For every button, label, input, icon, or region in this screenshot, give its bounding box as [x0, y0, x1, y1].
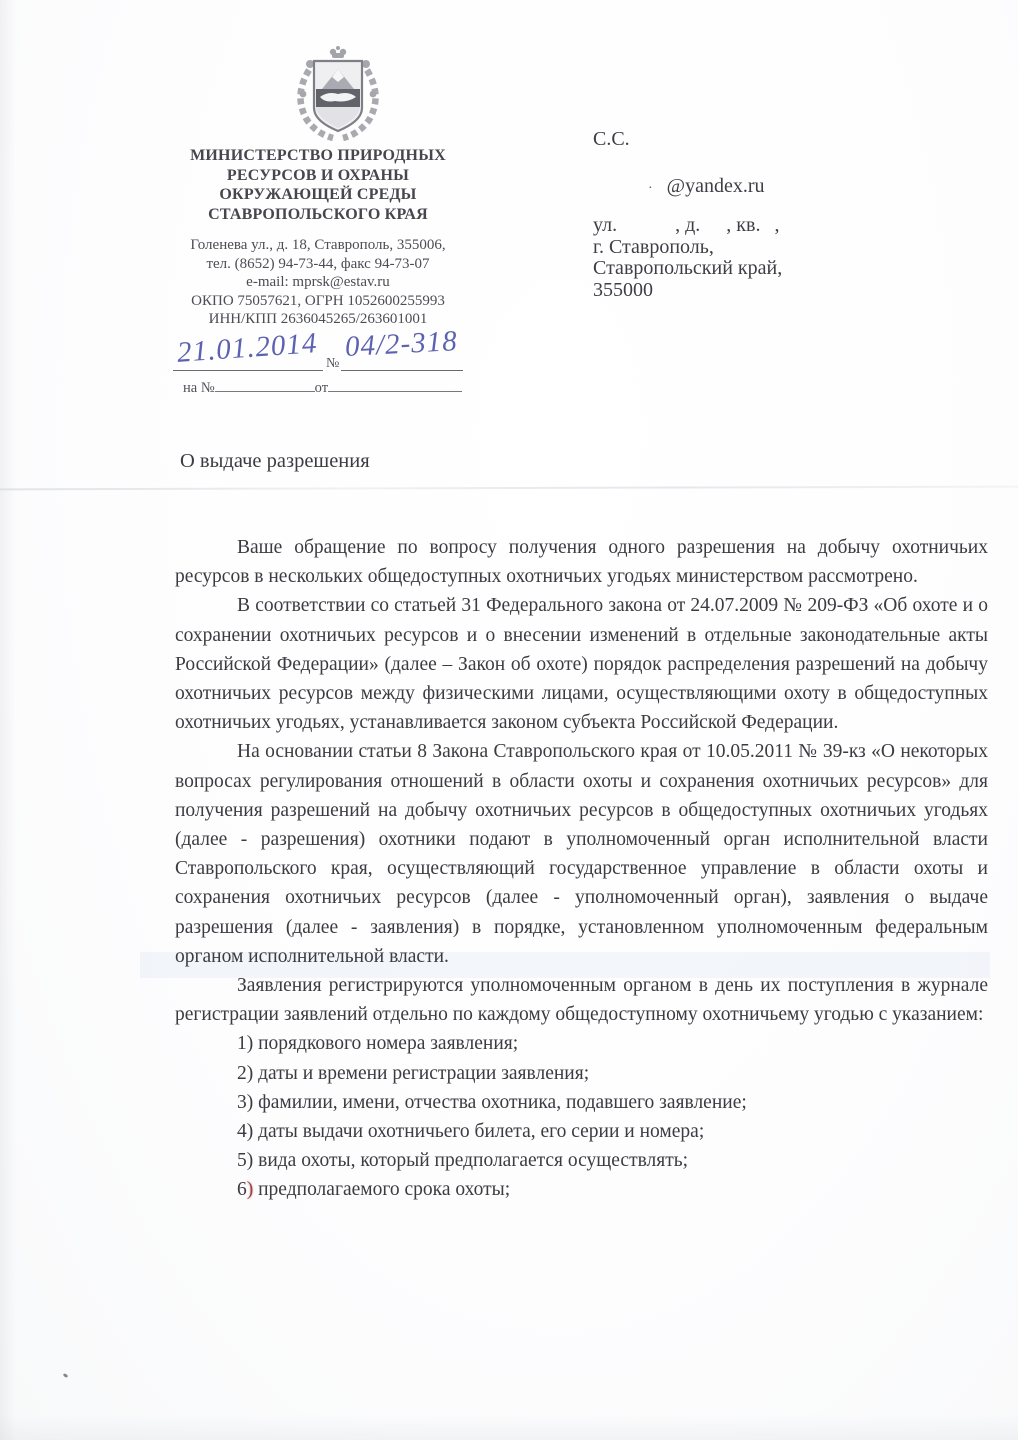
contact-address-line: Голенева ул., д. 18, Ставрополь, 355006, — [128, 236, 508, 255]
number-underline — [341, 370, 463, 371]
letter-subject: О выдаче разрешения — [180, 450, 370, 473]
scan-edge-shading — [0, 0, 16, 1440]
list-item: 2) даты и времени регистрации заявления; — [175, 1059, 988, 1088]
reply-number-label: на № — [183, 380, 215, 396]
scan-speck — [63, 1373, 69, 1378]
contact-phone-line: тел. (8652) 94-73-44, факс 94-73-07 — [128, 255, 508, 274]
apartment-label: , кв. — [726, 214, 760, 236]
recipient-email: @yandex.ru — [667, 175, 765, 197]
scanned-letter-page: МИНИСТЕРСТВО ПРИРОДНЫХ РЕСУРСОВ И ОХРАНЫ… — [0, 0, 1018, 1440]
recipient-region: Ставропольский край, — [593, 258, 782, 280]
stavropol-coat-of-arms-icon — [277, 44, 399, 144]
letter-body: Ваше обращение по вопросу получения одно… — [175, 533, 988, 1205]
reply-from-label: от — [315, 380, 328, 396]
ministry-contact-block: Голенева ул., д. 18, Ставрополь, 355006,… — [128, 236, 508, 329]
ministry-name-block: МИНИСТЕРСТВО ПРИРОДНЫХ РЕСУРСОВ И ОХРАНЫ… — [128, 146, 508, 224]
date-underline — [173, 370, 323, 371]
ministry-name-line: МИНИСТЕРСТВО ПРИРОДНЫХ — [128, 146, 508, 166]
body-paragraph: В соответствии со статьей 31 Федеральног… — [175, 591, 988, 737]
body-paragraph: Заявления регистрируются уполномоченным … — [175, 971, 988, 1029]
scan-fold-line — [0, 486, 1018, 491]
reply-date-blank — [328, 378, 462, 392]
recipient-city: г. Ставрополь, — [593, 237, 782, 259]
recipient-street-line: ул., д., кв., — [593, 215, 782, 237]
contact-okpo-ogrn-line: ОКПО 75057621, ОГРН 1052600255993 — [128, 292, 508, 311]
number-sign: № — [326, 356, 339, 372]
list-item: 3) фамилии, имени, отчества охотника, по… — [175, 1088, 988, 1117]
street-label: ул. — [593, 214, 617, 236]
recipient-postal-code: 355000 — [593, 280, 782, 302]
body-paragraph: Ваше обращение по вопросу получения одно… — [175, 533, 988, 591]
handwritten-date: 21.01.2014 — [176, 327, 318, 370]
ministry-name-line: СТАВРОПОЛЬСКОГО КРАЯ — [128, 205, 508, 225]
handwritten-outgoing-number: 04/2-318 — [344, 325, 458, 364]
body-paragraph: На основании статьи 8 Закона Ставропольс… — [175, 737, 988, 971]
list-item-6: 6) предполагаемого срока охоты; — [175, 1175, 988, 1204]
scan-edge-shading-bottom — [0, 1414, 1018, 1440]
reply-number-blank — [215, 378, 315, 392]
reply-reference-line: на №от — [183, 378, 462, 397]
list-item-6-text: предполагаемого срока охоты; — [253, 1179, 510, 1200]
list-item: 1) порядкового номера заявления; — [175, 1029, 988, 1058]
list-item: 4) даты выдачи охотничьего билета, его с… — [175, 1117, 988, 1146]
recipient-initials: С.С. — [593, 128, 782, 151]
redaction-dot: · — [648, 181, 653, 196]
recipient-email-line: ·@yandex.ru — [648, 175, 782, 198]
list-item-6-number: 6 — [237, 1179, 247, 1200]
contact-email-line: e-mail: mprsk@estav.ru — [128, 273, 508, 292]
recipient-block: С.С. ·@yandex.ru ул., д., кв., г. Ставро… — [593, 128, 782, 301]
line-tail: , — [774, 214, 779, 236]
ministry-name-line: ОКРУЖАЮЩЕЙ СРЕДЫ — [128, 185, 508, 205]
ministry-name-line: РЕСУРСОВ И ОХРАНЫ — [128, 166, 508, 186]
list-item: 5) вида охоты, который предполагается ос… — [175, 1146, 988, 1175]
house-label: , д. — [675, 214, 700, 236]
